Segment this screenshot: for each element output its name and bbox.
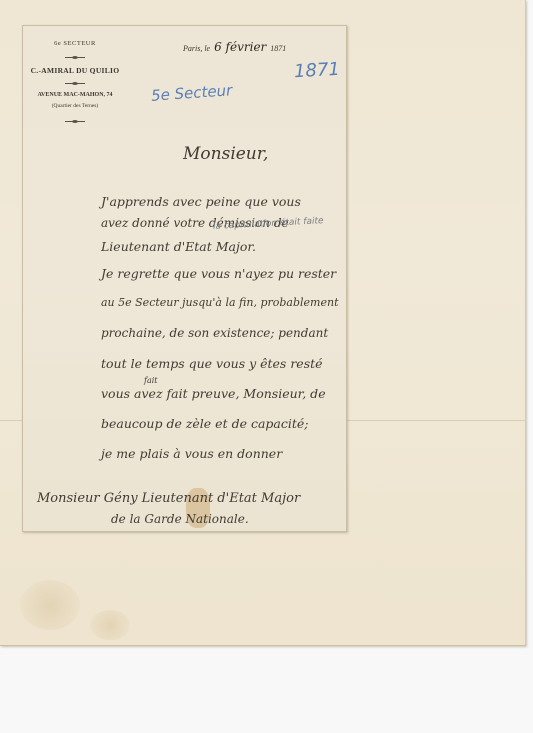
- insertion: fait: [144, 376, 158, 385]
- letterhead-rule: [65, 121, 85, 122]
- letterhead-quartier: (Quartier des Ternes): [23, 103, 127, 109]
- body-line: tout le temps que vous y êtes resté: [101, 356, 323, 371]
- letterhead-avenue: AVENUE MAC-MAHON, 74: [23, 92, 127, 98]
- body-line: prochaine, de son existence; pendant: [101, 326, 328, 340]
- body-line: Lieutenant d'Etat Major.: [101, 239, 256, 254]
- paper-stain: [90, 610, 130, 640]
- blue-sector-annotation: 5e Secteur: [150, 81, 232, 105]
- body-line: beaucoup de zèle et de capacité;: [101, 416, 308, 431]
- dateline: Paris, le 6 février 1871: [183, 40, 286, 54]
- paper-stain: [20, 580, 80, 630]
- addressee-line-1: Monsieur Gény Lieutenant d'Etat Major: [37, 491, 300, 506]
- date-year: 1871: [270, 44, 286, 53]
- body-line: au 5e Secteur jusqu'à la fin, probableme…: [101, 296, 339, 309]
- letterhead-sector: 6e SECTEUR: [23, 40, 127, 47]
- addressee-line-2: de la Garde Nationale.: [111, 512, 249, 526]
- letterhead-admiral: C.-AMIRAL DU QUILIO: [23, 66, 127, 75]
- body-line: J'apprends avec peine que vous: [101, 194, 301, 209]
- body-line: je me plais à vous en donner: [101, 446, 282, 461]
- letter-sheet: 6e SECTEUR C.-AMIRAL DU QUILIO AVENUE MA…: [22, 25, 347, 532]
- body-line: Je regrette que vous n'ayez pu rester: [101, 266, 336, 281]
- date-place: Paris, le: [183, 44, 210, 53]
- date-handwritten: 6 février: [214, 40, 266, 54]
- salutation: Monsieur,: [183, 144, 268, 164]
- letterhead-rule: [65, 57, 85, 58]
- letterhead-rule: [65, 83, 85, 84]
- body-line: vous avez fait preuve, Monsieur, de: [101, 386, 326, 401]
- blue-year-annotation: 1871: [293, 59, 340, 82]
